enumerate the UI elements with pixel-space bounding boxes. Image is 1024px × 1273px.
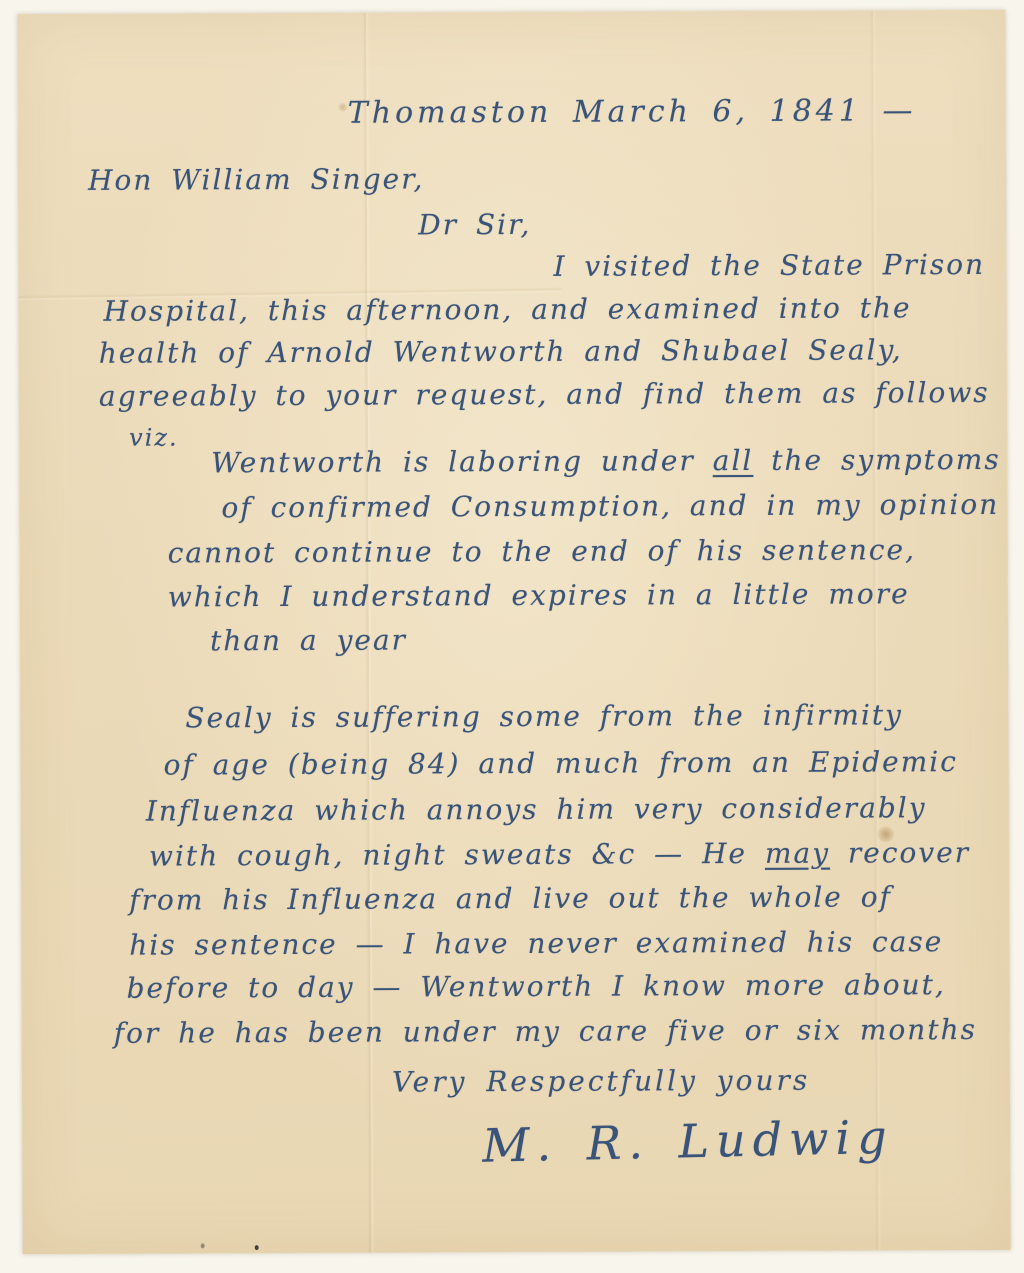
underlined-word: all [713, 444, 754, 477]
body-text: recover [830, 836, 970, 870]
salutation-line: Dr Sir, [418, 208, 531, 241]
ink-speck [255, 1245, 259, 1250]
body-line: Sealy is suffering some from the infirmi… [185, 698, 903, 734]
body-line: Influenza which annoys him very consider… [146, 791, 927, 827]
dateline: Thomaston March 6, 1841 — [348, 93, 917, 130]
body-line: which I understand expires in a little m… [168, 577, 910, 613]
body-line: cannot continue to the end of his senten… [168, 533, 916, 569]
body-line: before to day — Wentworth I know more ab… [126, 968, 945, 1005]
body-line: agreeably to your request, and find them… [99, 376, 990, 413]
closing-line: Very Respectfully yours [392, 1064, 810, 1099]
body-text: with cough, night sweats &c — He [149, 837, 765, 873]
body-line: from his Influenza and live out the whol… [129, 880, 892, 916]
letter-paper: Thomaston March 6, 1841 — Hon William Si… [17, 10, 1010, 1254]
foxing-stain-small [338, 103, 348, 112]
vertical-fold-crease-right [869, 10, 881, 1250]
ink-speck-2 [201, 1243, 205, 1248]
body-text: Wentworth is laboring under [211, 444, 713, 479]
body-line: of confirmed Consumption, and in my opin… [221, 488, 999, 524]
body-line: I visited the State Prison [553, 248, 985, 283]
recipient-line: Hon William Singer, [88, 162, 424, 196]
body-line: health of Arnold Wentworth and Shubael S… [99, 333, 903, 370]
body-line: for he has been under my care five or si… [114, 1013, 977, 1050]
scan-background: { "page": { "background_color": "#f8f5ec… [0, 0, 1024, 1273]
underlined-word: may [765, 837, 830, 870]
signature: M. R. Ludwig [482, 1110, 894, 1173]
body-line: Hospital, this afternoon, and examined i… [104, 291, 912, 328]
body-line: than a year [210, 623, 407, 657]
body-text: the symptoms [753, 443, 1001, 477]
body-line: viz. [129, 423, 179, 451]
body-line: of age (being 84) and much from an Epide… [164, 745, 958, 781]
body-line: with cough, night sweats &c — He may rec… [149, 836, 970, 873]
body-line: his sentence — I have never examined his… [129, 925, 943, 962]
body-line: Wentworth is laboring under all the symp… [211, 443, 1001, 479]
